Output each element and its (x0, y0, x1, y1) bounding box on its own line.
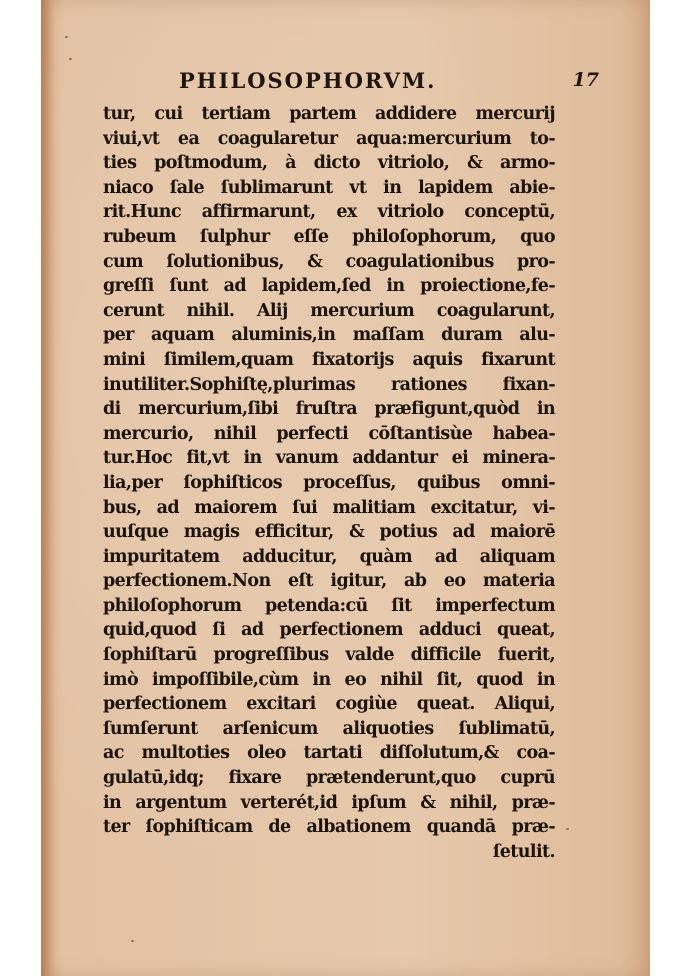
text-line: philoſophorum petenda:cū ſit imperfectum (103, 594, 555, 619)
text-line: greſſi ſunt ad lapidem,ſed in proiection… (103, 274, 555, 299)
text-line: cum ſolutionibus, & coagulationibus pro- (103, 250, 555, 275)
text-line: viui,vt ea coagularetur aqua:mercurium t… (103, 127, 555, 152)
text-line: perfectionem.Non eſt igitur, ab eo mater… (103, 569, 555, 594)
paper-speck (131, 940, 134, 942)
text-line: inutiliter.Sophiſtę,plurimas rationes fi… (103, 373, 555, 398)
text-line: rit.Hunc affirmarunt, ex vitriolo concep… (103, 200, 555, 225)
text-line: mini ſimilem,quam fixatorijs aquis fixar… (103, 348, 555, 373)
text-line: ſophiſtarū progreſſibus valde difficile … (103, 643, 555, 668)
text-line: imò impoſſibile,cùm in eo nihil ſit, quo… (103, 668, 555, 693)
paper-speck (69, 58, 72, 60)
text-line: gulatū,idq; fixare prætenderunt,quo cupr… (103, 766, 555, 791)
text-line: tur.Hoc fit,vt in vanum addantur ei mine… (103, 446, 555, 471)
text-line: tur, cui tertiam partem addidere mercuri… (103, 102, 555, 127)
text-line: rubeum ſulphur eſſe philoſophorum, quo (103, 225, 555, 250)
text-line: niaco ſale ſublimarunt vt in lapidem abi… (103, 176, 555, 201)
text-line: uuſque magis efficitur, & potius ad maio… (103, 520, 555, 545)
text-line: quid,quod ſi ad perfectionem adduci quea… (103, 618, 555, 643)
text-line: ſumſerunt arſenicum aliquoties ſublimatū… (103, 717, 555, 742)
text-line: bus, ad maiorem ſui malitiam excitatur, … (103, 496, 555, 521)
text-line: impuritatem adducitur, quàm ad aliquam (103, 545, 555, 570)
page-header: PHILOSOPHORVM. 17 (179, 68, 599, 98)
text-line: per aquam aluminis,in maſſam duram alu- (103, 323, 555, 348)
text-line: di mercurium,ſibi fruſtra præfigunt,quòd… (103, 397, 555, 422)
text-line: cerunt nihil. Alij mercurium coagularunt… (103, 299, 555, 324)
paper-speck (65, 36, 68, 38)
text-line: ties poſtmodum, à dicto vitriolo, & armo… (103, 151, 555, 176)
text-line: lia,per ſophiſticos proceſſus, quibus om… (103, 471, 555, 496)
text-line: ac multoties oleo tartati diſſolutum,& c… (103, 741, 555, 766)
text-line: in argentum verterét,id ipſum & nihil, p… (103, 791, 555, 816)
text-line: mercurio, nihil perfecti cōſtantisùe hab… (103, 422, 555, 447)
final-line: ſetulit. (103, 840, 555, 865)
page-number: 17 (573, 69, 599, 91)
body-text: tur, cui tertiam partem addidere mercuri… (103, 102, 555, 864)
text-line: perfectionem excitari cogiùe queat. Aliq… (103, 692, 555, 717)
running-title: PHILOSOPHORVM. (179, 68, 436, 93)
paper-speck (566, 828, 569, 830)
text-line: ter ſophiſticam de albationem quandā præ… (103, 815, 555, 840)
